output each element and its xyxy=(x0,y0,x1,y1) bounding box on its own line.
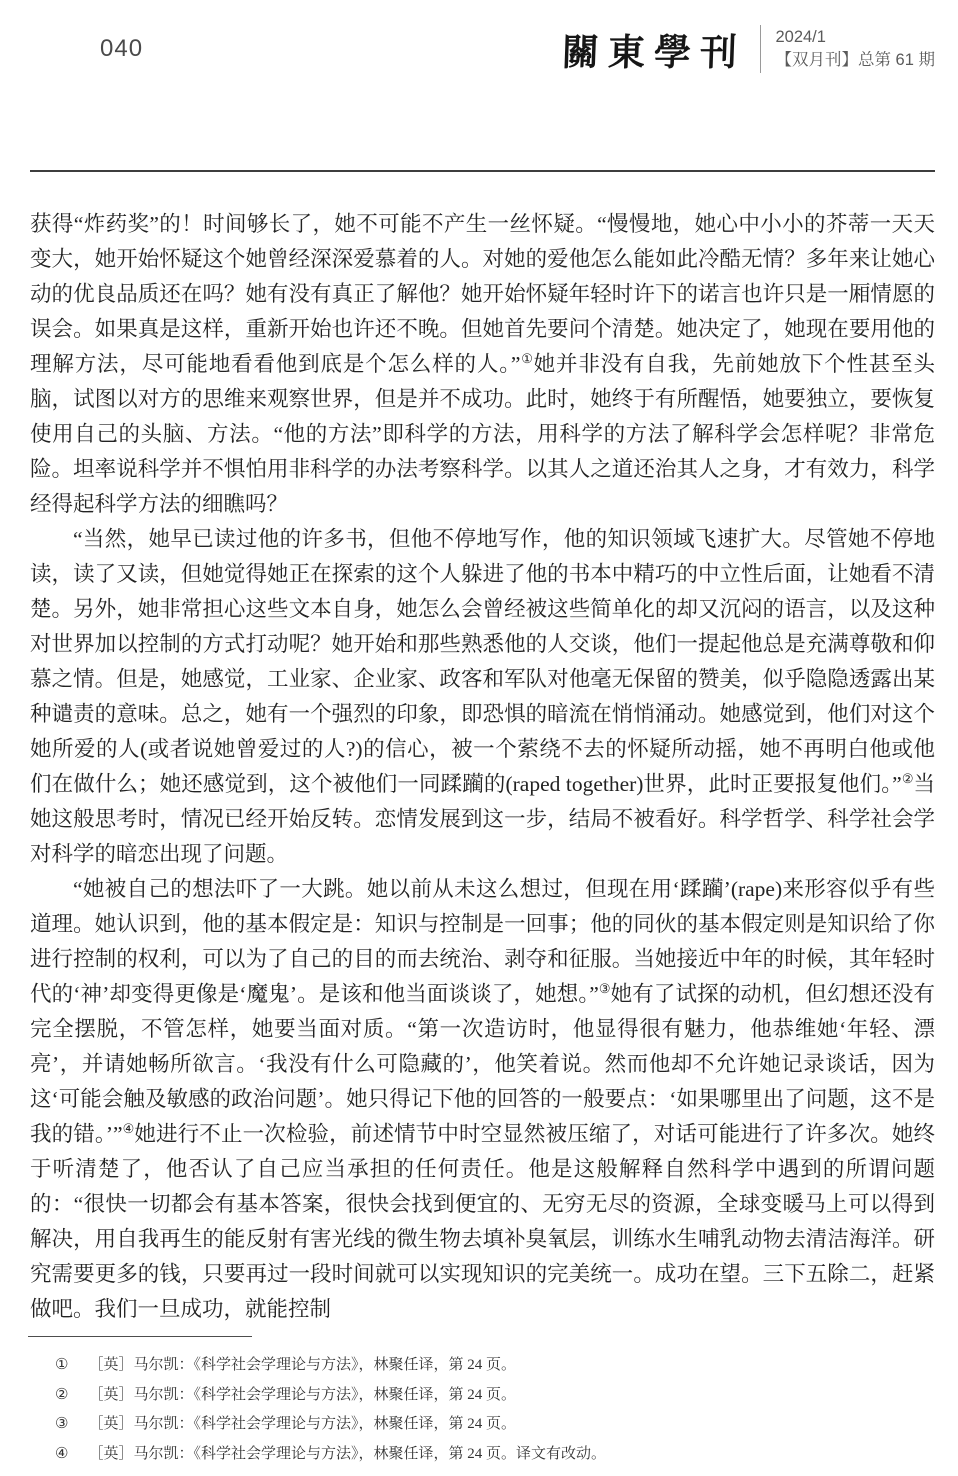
body-paragraph: “当然，她早已读过他的许多书，但他不停地写作，他的知识领域飞速扩大。尽管她不停地… xyxy=(30,522,935,872)
journal-page: 040 關東學刊 2024/1 【双月刊】总第 61 期 获得“炸药奖”的！时间… xyxy=(0,0,958,1476)
footnote-marker: ② xyxy=(55,1386,68,1404)
body-paragraph: 获得“炸药奖”的！时间够长了，她不可能不产生一丝怀疑。“慢慢地，她心中小小的芥蒂… xyxy=(30,207,935,522)
footnote-item: ①［英］马尔凯：《科学社会学理论与方法》，林聚任译，第 24 页。 xyxy=(30,1356,935,1374)
body-text: 获得“炸药奖”的！时间够长了，她不可能不产生一丝怀疑。“慢慢地，她心中小小的芥蒂… xyxy=(30,207,935,1327)
footnote-marker: ③ xyxy=(55,1415,68,1433)
header-rule xyxy=(30,170,935,172)
footnote-text: ［英］马尔凯：《科学社会学理论与方法》，林聚任译，第 24 页。 xyxy=(88,1356,516,1374)
masthead-divider xyxy=(760,25,761,73)
issue-number: 【双月刊】总第 61 期 xyxy=(775,49,935,72)
issue-info: 2024/1 【双月刊】总第 61 期 xyxy=(775,26,935,72)
footnote-marker: ① xyxy=(55,1356,68,1374)
footnote-text: ［英］马尔凯：《科学社会学理论与方法》，林聚任译，第 24 页。 xyxy=(88,1415,516,1433)
footnote-ref: ① xyxy=(520,352,533,366)
journal-title: 關東學刊 xyxy=(562,22,752,76)
footnote-text: ［英］马尔凯：《科学社会学理论与方法》，林聚任译，第 24 页。 xyxy=(88,1386,516,1404)
footnote-ref: ④ xyxy=(123,1122,135,1136)
footnote-text: ［英］马尔凯：《科学社会学理论与方法》，林聚任译，第 24 页。译文有改动。 xyxy=(88,1445,606,1463)
page-header: 040 關東學刊 2024/1 【双月刊】总第 61 期 xyxy=(0,22,935,76)
paragraph-text: “当然，她早已读过他的许多书，但他不停地写作，他的知识领域飞速扩大。尽管她不停地… xyxy=(30,527,935,796)
footnote-ref: ③ xyxy=(599,982,611,996)
footnote-ref: ② xyxy=(902,772,914,786)
footnote-item: ②［英］马尔凯：《科学社会学理论与方法》，林聚任译，第 24 页。 xyxy=(30,1386,935,1404)
page-number: 040 xyxy=(100,35,143,63)
journal-masthead: 關東學刊 2024/1 【双月刊】总第 61 期 xyxy=(562,22,935,76)
footnote-rule xyxy=(28,1336,252,1337)
footnote-item: ④［英］马尔凯：《科学社会学理论与方法》，林聚任译，第 24 页。译文有改动。 xyxy=(30,1445,935,1463)
footnote-marker: ④ xyxy=(55,1445,68,1463)
paragraph-text: 她进行不止一次检验，前述情节中时空显然被压缩了，对话可能进行了许多次。她终于听清… xyxy=(30,1122,935,1321)
issue-date: 2024/1 xyxy=(775,26,935,49)
paragraph-text: 她并非没有自我，先前她放下个性甚至头脑，试图以对方的思维来观察世界，但是并不成功… xyxy=(30,352,935,516)
body-paragraph: “她被自己的想法吓了一大跳。她以前从未这么想过，但现在用‘蹂躏’(rape)来形… xyxy=(30,872,935,1327)
footnote-item: ③［英］马尔凯：《科学社会学理论与方法》，林聚任译，第 24 页。 xyxy=(30,1415,935,1433)
footnotes-list: ①［英］马尔凯：《科学社会学理论与方法》，林聚任译，第 24 页。②［英］马尔凯… xyxy=(30,1356,935,1474)
